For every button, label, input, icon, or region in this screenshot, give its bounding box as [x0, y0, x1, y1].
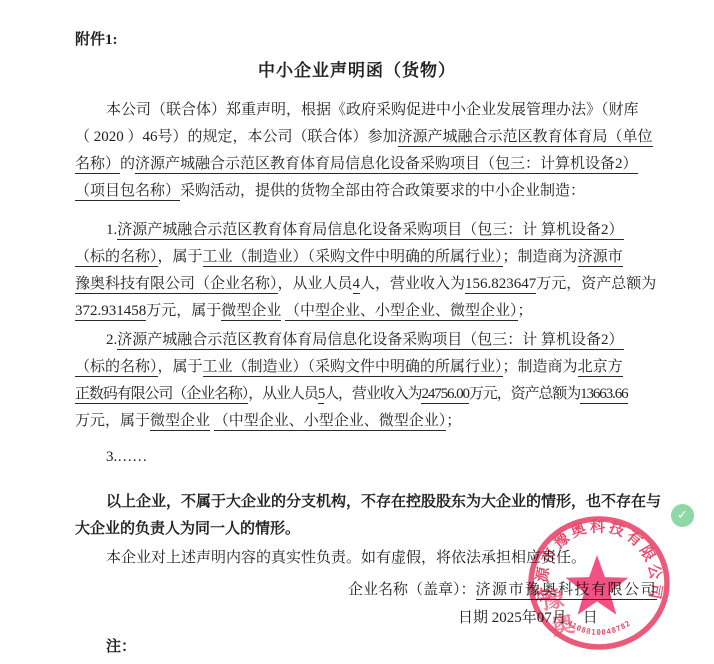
para-item-3: 3.……	[75, 444, 659, 471]
underlined-field-text: 工业（制造业）（采购文件中明确的所属行业）	[203, 359, 503, 377]
text-line: 名称）的济源产城融合示范区教育体育局信息化设备采购项目（包三：计算机设备2）	[75, 151, 659, 178]
plain-text: 本企业对上述声明内容的真实性负责。如有虚假，将依法承担相应责任。	[106, 550, 586, 566]
text-line: 豫奥科技有限公司（企业名称），从业人员4人，营业收入为156.823647万元，…	[75, 271, 659, 298]
text-line: 3.……	[75, 444, 659, 471]
plain-text: ；	[446, 413, 461, 429]
plain-text: 万元，属于	[146, 303, 221, 319]
attachment-label: 附件1:	[75, 27, 118, 54]
plain-text: ，从业人员	[248, 386, 318, 402]
document-page: 附件1: 中小企业声明函（货物） 本公司（联合体）郑重声明，根据《政府采购促进中…	[0, 0, 714, 664]
text-line: 372.931458万元，属于微型企业 （中型企业、小型企业、微型企业）；	[75, 298, 659, 325]
text-line: 万元，属于微型企业 （中型企业、小型企业、微型企业）；	[75, 408, 659, 435]
underlined-field-text: 微型企业	[150, 413, 210, 431]
para-intro: 本公司（联合体）郑重声明，根据《政府采购促进中小企业发展管理办法》（财库（ 20…	[75, 97, 659, 205]
underlined-field-text: 工业（制造业）（采购文件中明确的所属行业）	[203, 249, 503, 267]
underlined-field-text: 济源产城融合示范区教育体育局（单位	[398, 129, 653, 147]
document-body: 本公司（联合体）郑重声明，根据《政府采购促进中小企业发展管理办法》（财库（ 20…	[75, 97, 659, 572]
plain-text: 3.……	[106, 449, 147, 465]
text-line: 1.济源产城融合示范区教育体育局信息化设备采购项目（包三：计 算机设备2）	[75, 217, 659, 244]
underlined-field-text: 13663.66	[580, 386, 627, 404]
plain-text: ，属于	[158, 359, 203, 375]
plain-text: ，属于	[158, 249, 203, 265]
underlined-field-text: （标的名称）	[75, 359, 158, 377]
company-seal-label: 企业名称（盖章）：	[348, 582, 476, 598]
company-seal-stamp: 济源市豫奥科技有限公司 4108810048782 豫 奥	[519, 506, 681, 664]
plain-text: 1.	[106, 222, 117, 238]
plain-text: 采购活动，提供的货物全部由符合政策要求的中小企业制造：	[180, 183, 585, 199]
underlined-field-text: 济源产城融合示范区教育体育局信息化设备采购项目（包三：计算机设备2）	[135, 156, 638, 174]
underlined-field-text: 名称）	[75, 156, 120, 174]
text-line: 正数码有限公司（企业名称），从业人员5人，营业收入为24756.00万元，资产总…	[75, 381, 659, 408]
note-label: 注：	[75, 634, 136, 661]
underlined-field-text: 156.823647	[465, 276, 536, 294]
underlined-field-text: 微型企业	[221, 303, 281, 321]
verified-check-badge[interactable]: ✓	[671, 504, 694, 527]
text-line: 2.济源产城融合示范区教育体育局信息化设备采购项目（包三：计 算机设备2）	[75, 327, 659, 354]
underlined-field-text: （标的名称）	[75, 249, 158, 267]
plain-text: 万元，属于	[75, 413, 150, 429]
text-line: 本公司（联合体）郑重声明，根据《政府采购促进中小企业发展管理办法》（财库	[75, 97, 659, 124]
plain-text: 大企业的负责人为同一人的情形。	[75, 521, 300, 537]
plain-text: ；制造商为	[503, 249, 578, 265]
underlined-field-text: 24756.00	[421, 386, 468, 404]
underlined-field-text: （项目包名称）	[75, 183, 180, 201]
plain-text: 人，营业收入为	[360, 276, 465, 292]
check-icon: ✓	[677, 508, 688, 523]
stamp-overlap-char-2: 奥	[549, 610, 576, 640]
plain-text: 万元，资产总额为	[469, 386, 580, 402]
text-line: （项目包名称）采购活动，提供的货物全部由符合政策要求的中小企业制造：	[75, 178, 659, 205]
plain-text: 人，营业收入为	[324, 386, 421, 402]
para-item-1: 1.济源产城融合示范区教育体育局信息化设备采购项目（包三：计 算机设备2）（标的…	[75, 217, 659, 325]
plain-text: 的	[120, 156, 135, 172]
underlined-field-text: 济源产城融合示范区教育体育局信息化设备采购项目（包三：计 算机设备2）	[117, 332, 623, 350]
plain-text: 本公司（联合体）郑重声明，根据《政府采购促进中小企业发展管理办法》（财库	[106, 102, 639, 118]
plain-text: ，从业人员	[278, 276, 353, 292]
para-item-2: 2.济源产城融合示范区教育体育局信息化设备采购项目（包三：计 算机设备2）（标的…	[75, 327, 659, 435]
underlined-field-text: 豫奥科技有限公司（企业名称）	[75, 276, 278, 294]
underlined-field-text: 北京方	[578, 359, 623, 377]
plain-text: ；	[518, 303, 533, 319]
text-line: （标的名称），属于工业（制造业）（采购文件中明确的所属行业）；制造商为济源市	[75, 244, 659, 271]
underlined-field-text: （中型企业、小型企业、微型企业）	[214, 413, 447, 431]
underlined-field-text: 4	[353, 276, 361, 294]
underlined-field-text: 济源市	[578, 249, 623, 267]
plain-text: 万元，资产总额为	[536, 276, 656, 292]
text-line: （标的名称），属于工业（制造业）（采购文件中明确的所属行业）；制造商为北京方	[75, 354, 659, 381]
stamp-overlap-char-1: 豫	[539, 586, 566, 615]
underlined-field-text: 372.931458	[75, 303, 146, 321]
underlined-field-text: 正数码有限公司（企业名称）	[75, 386, 248, 404]
text-line: （ 2020 ）46号）的规定，本公司（联合体）参加济源产城融合示范区教育体育局…	[75, 124, 659, 151]
plain-text: （ 2020 ）46号）的规定，本公司（联合体）参加	[75, 129, 398, 145]
plain-text: ；制造商为	[503, 359, 578, 375]
stamp-star-icon	[566, 555, 629, 615]
plain-text: 2.	[106, 332, 117, 348]
underlined-field-text: （中型企业、小型企业、微型企业）	[285, 303, 518, 321]
underlined-field-text: 济源产城融合示范区教育体育局信息化设备采购项目（包三：计 算机设备2）	[117, 222, 623, 240]
page-title: 中小企业声明函（货物）	[0, 57, 714, 84]
